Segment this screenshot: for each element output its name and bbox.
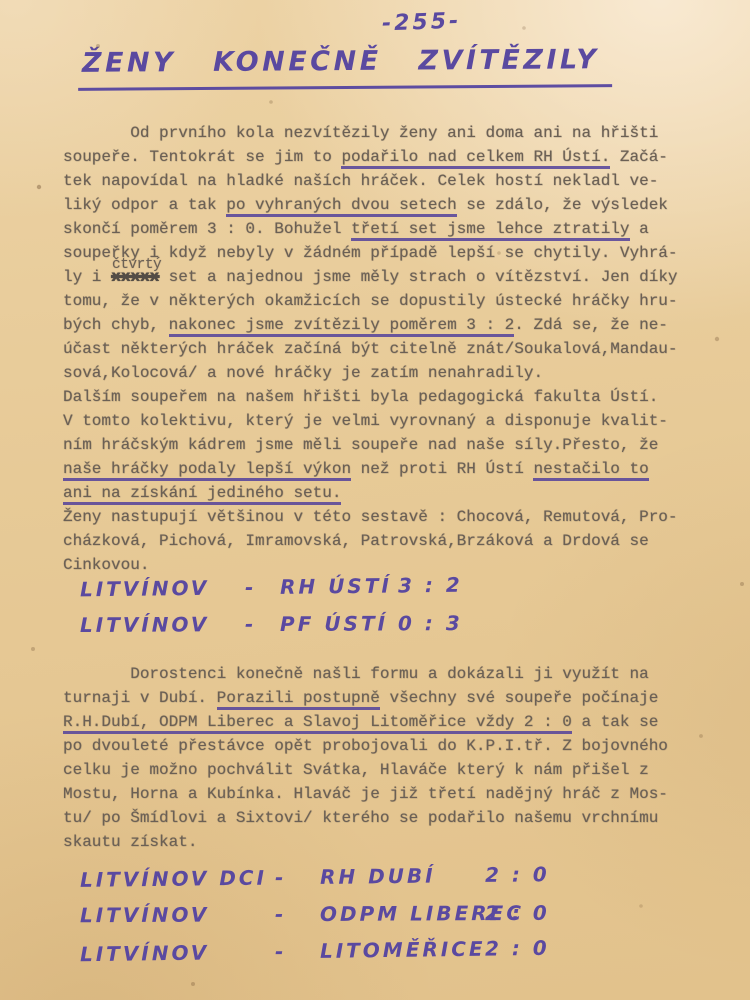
typed-line: soupeře. Tentokrát se jim to podařilo na… — [63, 145, 678, 169]
typed-line: tu/ po Šmídlovi a Sixtovi/ kterého se po… — [63, 806, 668, 830]
typed-segment: Mostu, Horna a Kubínka. Hlaváč je již tř… — [63, 785, 668, 803]
page-title: ŽENY KONEČNĚ ZVÍTĚZILY — [78, 42, 612, 91]
typed-segment: účast některých hráček začíná být citeln… — [63, 340, 678, 358]
typed-segment: všechny své soupeře počínaje — [380, 689, 658, 707]
typed-line: Dorostenci konečně našli formu a dokázal… — [63, 662, 668, 686]
pen-underlined-text: R.H.Dubí, ODPM Liberec a Slavoj Litoměři… — [63, 713, 572, 734]
score-home-team: LITVÍNOV — [80, 902, 275, 927]
typed-line: po dvouleté přestávce opět probojovali d… — [63, 734, 668, 758]
pen-underlined-text: nestačilo to — [533, 460, 648, 481]
pen-underlined-text: třetí set jsme lehce ztratily — [351, 220, 629, 241]
typed-line: ly i xxxxxčtvrtý set a najednou jsme měl… — [63, 265, 678, 289]
typed-segment: ly i — [63, 268, 111, 286]
score-away-team: LITOMĚŘICE — [320, 936, 485, 962]
typed-line: Mostu, Horna a Kubínka. Hlaváč je již tř… — [63, 782, 668, 806]
typed-segment: skončí poměrem 3 : 0. Bohužel — [63, 220, 351, 238]
typed-line: celku je možno pochválit Svátka, Hlaváče… — [63, 758, 668, 782]
typed-line: turnaji v Dubí. Porazili postupně všechn… — [63, 686, 668, 710]
typed-segment: Dalším soupeřem na našem hřišti byla ped… — [63, 388, 658, 406]
typed-segment: set a najednou jsme měly strach o vítězs… — [159, 268, 677, 286]
typed-segment: ním hráčským kádrem jsme měli soupeře na… — [63, 436, 658, 454]
score-result: 2 : 0 — [485, 900, 550, 924]
typed-segment: se zdálo, že výsledek — [457, 196, 668, 214]
score-result: 2 : 0 — [485, 935, 550, 960]
typed-segment: . Zdá se, že ne- — [514, 316, 668, 334]
typed-line: Ženy nastupují většinou v této sestavě :… — [63, 505, 678, 529]
score-dash: - — [275, 938, 320, 963]
typed-line: tek napovídal na hladké naších hráček. C… — [63, 169, 678, 193]
pen-underlined-text: naše hráčky podaly lepší výkon — [63, 460, 351, 481]
chronicle-page: -255- ŽENY KONEČNĚ ZVÍTĚZILY Od prvního … — [0, 0, 750, 1000]
score-row: LITVÍNOV-ODPM LIBEREC2 : 0 — [80, 894, 550, 933]
pen-underlined-text: podařilo nad celkem RH Ústí. — [341, 148, 610, 169]
typed-segment: liký odpor a tak — [63, 196, 226, 214]
score-away-team: RH DUBÍ — [320, 862, 485, 888]
pen-underlined-text: po vyhraných dvou setech — [226, 196, 456, 217]
typed-segment: soupeře. Tentokrát se jim to — [63, 148, 341, 166]
score-dash: - — [275, 901, 320, 925]
typed-segment: a — [630, 220, 649, 238]
typed-segment: V tomto kolektivu, který je velmi vyrovn… — [63, 412, 668, 430]
typed-line: V tomto kolektivu, který je velmi vyrovn… — [63, 409, 678, 433]
typed-line: skautu získat. — [63, 830, 668, 854]
scores-women-table: LITVÍNOV-RH ÚSTÍ3 : 2LITVÍNOV-PF ÚSTÍ0 :… — [80, 568, 463, 642]
score-dash: - — [245, 611, 280, 635]
typed-segment: bých chyb, — [63, 316, 169, 334]
typed-segment: Od prvního kola nezvítězily ženy ani dom… — [63, 124, 658, 142]
typed-segment: než proti RH Ústí — [351, 460, 533, 478]
typed-line: skončí poměrem 3 : 0. Bohužel třetí set … — [63, 217, 678, 241]
page-number: -255- — [382, 9, 462, 37]
score-away-team: PF ÚSTÍ — [280, 611, 398, 636]
score-row: LITVÍNOV-PF ÚSTÍ0 : 3 — [80, 604, 463, 643]
typed-segment: a tak se — [572, 713, 658, 731]
scores-juniors-table: LITVÍNOV DCI-RH DUBÍ2 : 0LITVÍNOV-ODPM L… — [80, 858, 550, 969]
score-result: 2 : 0 — [485, 862, 550, 887]
typed-line: Od prvního kola nezvítězily ženy ani dom… — [63, 121, 678, 145]
typed-line: sová,Kolocová/ a nové hráčky je zatím ne… — [63, 361, 678, 385]
score-result: 3 : 2 — [398, 572, 463, 597]
pen-underlined-text: nakonec jsme zvítězily poměrem 3 : 2 — [169, 316, 515, 337]
paper-specks — [0, 0, 2, 2]
struck-out-word: xxxxxčtvrtý — [111, 265, 159, 289]
score-row: LITVÍNOV-RH ÚSTÍ3 : 2 — [80, 566, 463, 608]
typed-line: R.H.Dubí, ODPM Liberec a Slavoj Litoměři… — [63, 710, 668, 734]
pen-underlined-text: ani na získání jediného setu. — [63, 484, 341, 505]
typed-segment: tu/ po Šmídlovi a Sixtovi/ kterého se po… — [63, 809, 658, 827]
typed-segment: cházková, Pichová, Imramovská, Patrovská… — [63, 532, 649, 550]
score-home-team: LITVÍNOV — [80, 575, 245, 601]
article-women-text: Od prvního kola nezvítězily ženy ani dom… — [63, 121, 678, 577]
pen-underlined-text: Porazili postupně — [217, 689, 380, 710]
typed-segment: tek napovídal na hladké naších hráček. C… — [63, 172, 658, 190]
score-row: LITVÍNOV DCI-RH DUBÍ2 : 0 — [80, 855, 550, 898]
typed-segment: sová,Kolocová/ a nové hráčky je zatím ne… — [63, 364, 543, 382]
typed-segment: celku je možno pochválit Svátka, Hlaváče… — [63, 761, 649, 779]
score-dash: - — [245, 574, 280, 598]
article-juniors-text: Dorostenci konečně našli formu a dokázal… — [63, 662, 668, 854]
typed-line: účast některých hráček začíná být citeln… — [63, 337, 678, 361]
score-home-team: LITVÍNOV DCI — [80, 865, 275, 891]
typed-line: cházková, Pichová, Imramovská, Patrovská… — [63, 529, 678, 553]
typed-segment: tomu, že v některých okamžicích se dopus… — [63, 292, 678, 310]
typed-correction-above: čtvrtý — [112, 253, 161, 277]
score-away-team: RH ÚSTÍ — [280, 573, 398, 598]
typed-line: liký odpor a tak po vyhraných dvou setec… — [63, 193, 678, 217]
typed-line: ním hráčským kádrem jsme měli soupeře na… — [63, 433, 678, 457]
typed-line: tomu, že v některých okamžicích se dopus… — [63, 289, 678, 313]
score-home-team: LITVÍNOV — [80, 939, 275, 966]
typed-segment: Začá- — [610, 148, 668, 166]
typed-line: naše hráčky podaly lepší výkon než proti… — [63, 457, 678, 481]
typed-line: ani na získání jediného setu. — [63, 481, 678, 505]
score-dash: - — [275, 864, 320, 889]
typed-line: bých chyb, nakonec jsme zvítězily poměre… — [63, 313, 678, 337]
score-result: 0 : 3 — [398, 610, 463, 634]
score-home-team: LITVÍNOV — [80, 612, 245, 637]
typed-line: Dalším soupeřem na našem hřišti byla ped… — [63, 385, 678, 409]
typed-segment: skautu získat. — [63, 833, 197, 851]
score-row: LITVÍNOV-LITOMĚŘICE2 : 0 — [80, 929, 550, 973]
typed-segment: Dorostenci konečně našli formu a dokázal… — [63, 665, 649, 683]
typed-segment: po dvouleté přestávce opět probojovali d… — [63, 737, 668, 755]
typed-segment: turnaji v Dubí. — [63, 689, 217, 707]
score-away-team: ODPM LIBEREC — [320, 901, 485, 926]
typed-segment: Ženy nastupují většinou v této sestavě :… — [63, 508, 678, 526]
